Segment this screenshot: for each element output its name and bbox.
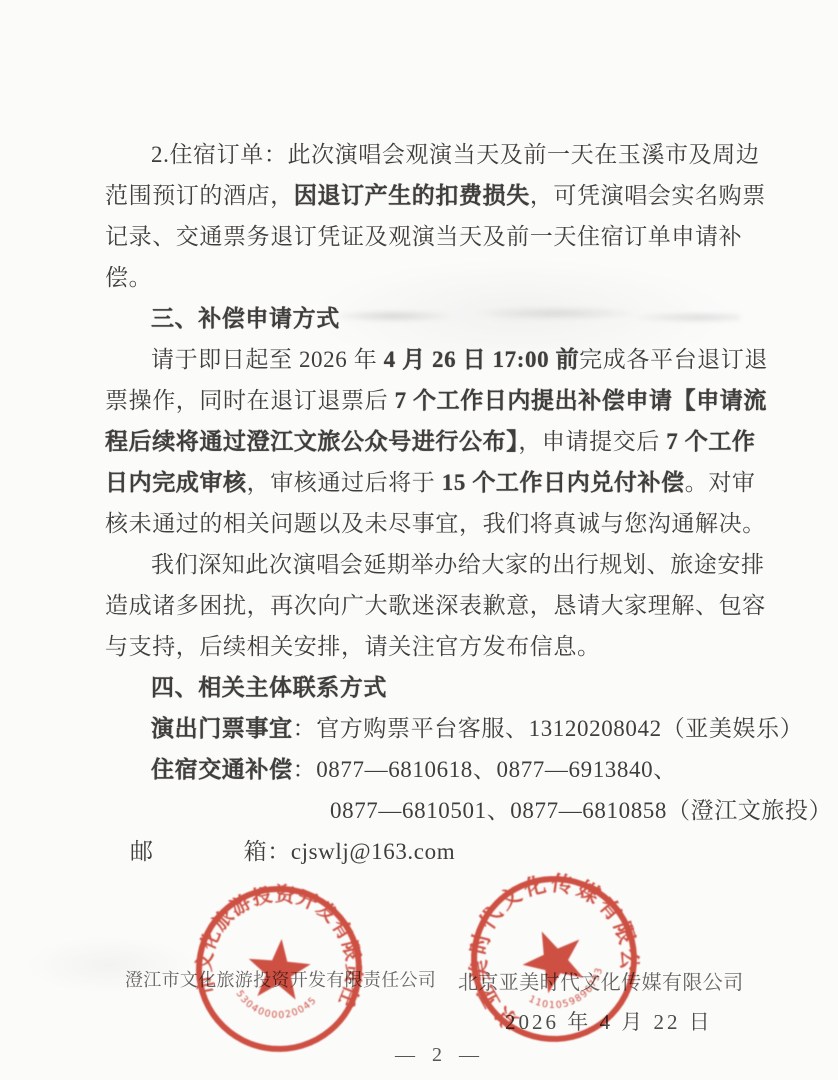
- text-segment: 与支持，后续相关安排，请关注官方发布信息。: [105, 634, 601, 659]
- text-line: 2.住宿订单：此次演唱会观演当天及前一天在玉溪市及周边: [105, 134, 750, 175]
- text-segment: ，可凭演唱会实名购票: [530, 183, 766, 208]
- text-segment: 我们深知此次演唱会延期举办给大家的出行规划、旅途安排: [151, 552, 765, 577]
- text-line: 造成诸多困扰，再次向广大歌迷深表歉意，恳请大家理解、包容: [105, 585, 750, 626]
- text-line: 住宿交通补偿：0877—6810618、0877—6913840、: [105, 749, 750, 790]
- text-line: 票操作，同时在退订退票后 7 个工作日内提出补偿申请【申请流: [105, 380, 750, 421]
- text-segment: 程后续将通过澄江文旅公众号进行公布】: [105, 429, 518, 454]
- text-line: 我们深知此次演唱会延期举办给大家的出行规划、旅途安排: [105, 544, 750, 585]
- text-line: 程后续将通过澄江文旅公众号进行公布】，申请提交后 7 个工作: [105, 421, 750, 462]
- text-segment: 箱：: [244, 839, 291, 864]
- text-segment: 。对审: [685, 470, 756, 495]
- text-segment: 7 个工作日内提出补偿申请【申请流: [395, 388, 767, 413]
- text-segment: 日内完成审核: [105, 470, 247, 495]
- text-segment: 请于即日起至 2026 年: [151, 347, 384, 372]
- text-segment: 4 月 26 日 17:00 前: [384, 347, 580, 372]
- text-segment: 因退订产生的扣费损失: [294, 183, 530, 208]
- text-line: 邮箱：cjswlj@163.com: [105, 831, 750, 872]
- text-segment: ，审核通过后将于: [247, 470, 442, 495]
- text-segment: ：官方购票平台客服、13120208042（亚美娱乐）: [293, 716, 804, 741]
- text-segment: ：0877—6810618、0877—6913840、: [293, 757, 677, 782]
- text-line: 四、相关主体联系方式: [105, 667, 750, 708]
- text-segment: 邮: [130, 839, 154, 864]
- text-line: 范围预订的酒店，因退订产生的扣费损失，可凭演唱会实名购票: [105, 175, 750, 216]
- scanned-document-page: 2.住宿订单：此次演唱会观演当天及前一天在玉溪市及周边范围预订的酒店，因退订产生…: [0, 0, 838, 1080]
- text-segment: 票操作，同时在退订退票后: [105, 388, 395, 413]
- text-segment: cjswlj@163.com: [291, 839, 455, 864]
- text-line: 日内完成审核，审核通过后将于 15 个工作日内兑付补偿。对审: [105, 462, 750, 503]
- text-segment: 记录、交通票务退订凭证及观演当天及前一天住宿订单申请补: [105, 224, 742, 249]
- text-line: 请于即日起至 2026 年 4 月 26 日 17:00 前完成各平台退订退: [105, 339, 750, 380]
- text-segment: 7 个工作: [666, 429, 755, 454]
- text-segment: 四、相关主体联系方式: [151, 675, 387, 700]
- text-segment: 15 个工作日内兑付补偿: [442, 470, 685, 495]
- text-segment: 完成各平台退订退: [579, 347, 768, 372]
- text-segment: ，申请提交后: [518, 429, 666, 454]
- text-line: 核未通过的相关问题以及未尽事宜，我们将真诚与您沟通解决。: [105, 503, 750, 544]
- text-line: 0877—6810501、0877—6810858（澄江文旅投）: [105, 790, 750, 831]
- text-line: 演出门票事宜：官方购票平台客服、13120208042（亚美娱乐）: [105, 708, 750, 749]
- text-line: 与支持，后续相关安排，请关注官方发布信息。: [105, 626, 750, 667]
- document-body: 2.住宿订单：此次演唱会观演当天及前一天在玉溪市及周边范围预订的酒店，因退订产生…: [105, 134, 750, 872]
- text-segment: 演出门票事宜: [151, 716, 293, 741]
- star-icon: [246, 936, 313, 1000]
- text-segment: 范围预订的酒店，: [105, 183, 294, 208]
- text-segment: 住宿交通补偿: [151, 757, 293, 782]
- right-official-seal: 北京亚美时代文化传媒有限公司 1101059896793: [440, 845, 667, 1072]
- text-line: 记录、交通票务退订凭证及观演当天及前一天住宿订单申请补: [105, 216, 750, 257]
- text-segment: 核未通过的相关问题以及未尽事宜，我们将真诚与您沟通解决。: [105, 511, 766, 536]
- text-line: 偿。: [105, 257, 750, 298]
- seal-serial-number: 5304000020045: [232, 988, 320, 1025]
- text-segment: 2.住宿订单：此次演唱会观演当天及前一天在玉溪市及周边: [151, 142, 759, 167]
- text-segment: 0877—6810501、0877—6810858（澄江文旅投）: [330, 798, 832, 823]
- text-segment: 偿。: [105, 265, 152, 290]
- seal-ring-text: 澄江市文化旅游投资开发有限责任公司: [184, 876, 374, 1012]
- text-segment: 造成诸多困扰，再次向广大歌迷深表歉意，恳请大家理解、包容: [105, 593, 766, 618]
- scan-smudge: [332, 303, 740, 329]
- text-segment: 三、补偿申请方式: [151, 306, 340, 331]
- left-official-seal: 澄江市文化旅游投资开发有限责任公司 5304000020045: [184, 876, 374, 1063]
- star-icon: [513, 919, 594, 998]
